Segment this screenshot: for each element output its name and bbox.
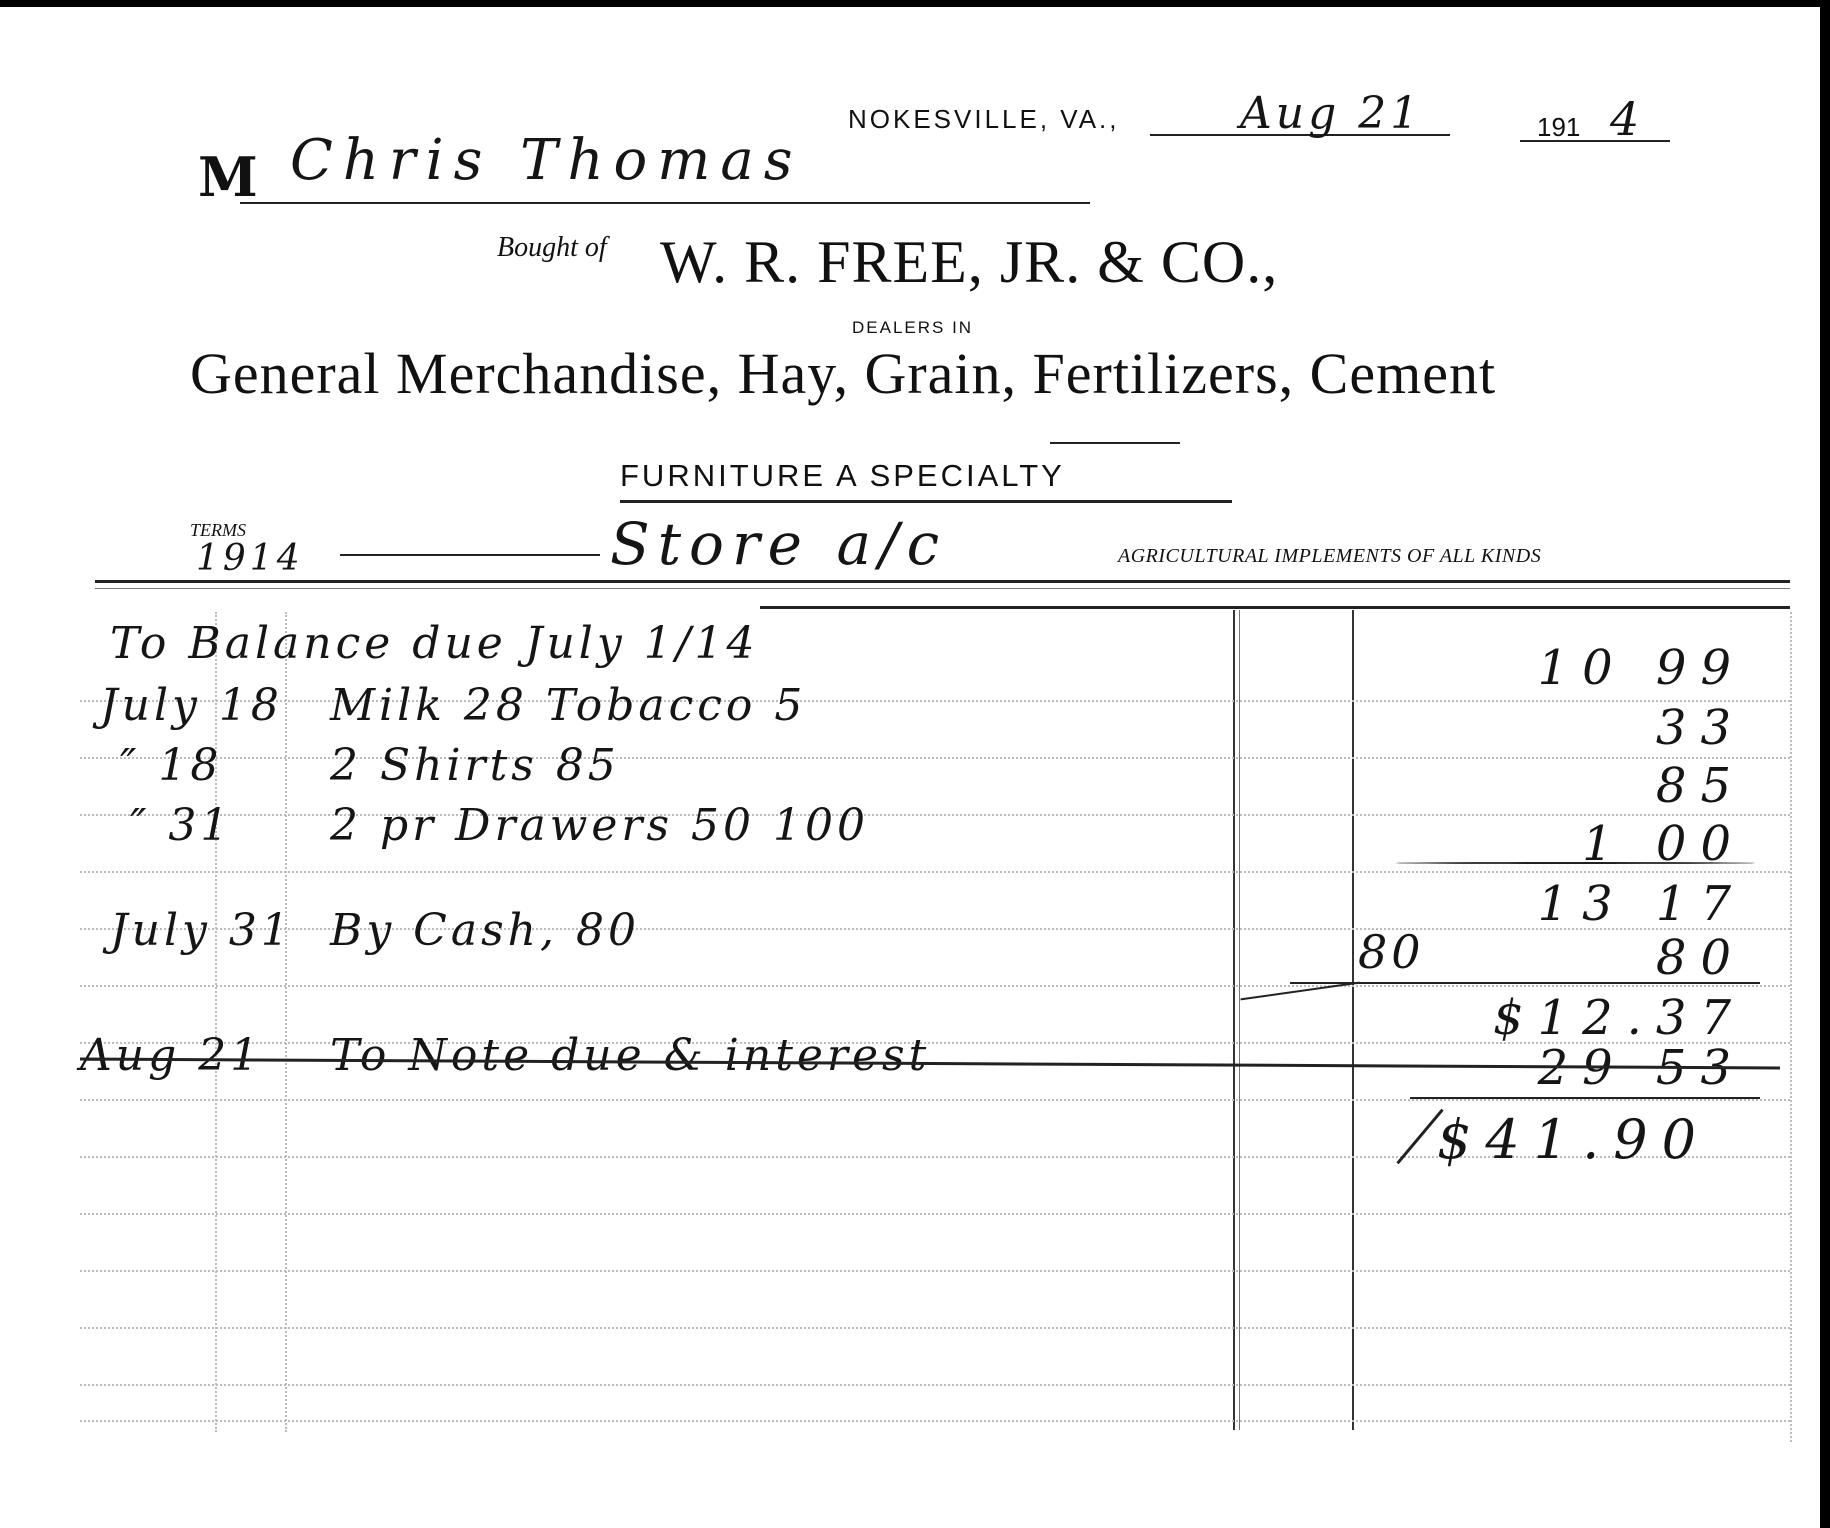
date-column-guide [215,612,217,1432]
row-amount: 85 [1415,758,1745,814]
ruled-line [80,1099,1790,1101]
year-underline [1520,140,1670,142]
column-divider-left [1233,610,1235,1430]
balance-amount: $12.37 [1415,990,1745,1046]
ledger-header-rule [95,580,1790,583]
year-printed-prefix: 191 [1537,112,1580,143]
row-date: ″ 31 [130,800,232,851]
row-amount: 80 [1415,930,1745,986]
specialty-line: FURNITURE A SPECIALTY [620,458,1065,494]
day-column-guide [285,612,287,1432]
terms-underline [340,554,600,556]
row-amount: 10 99 [1415,640,1745,696]
column-divider-left-inner [1239,610,1240,1430]
row-amount: 33 [1415,700,1745,756]
ruled-line [80,1420,1790,1422]
salutation-prefix: M [198,145,258,209]
location-label: NOKESVILLE, VA., [848,104,1120,135]
customer-name: Chris Thomas [290,128,803,193]
row-description: Milk 28 Tobacco 5 [330,680,806,731]
right-margin-guide [1790,612,1792,1442]
terms-year: 1914 [196,538,304,579]
goods-line: General Merchandise, Hay, Grain, Fertili… [190,340,1496,407]
ruled-line [80,1270,1790,1272]
ledger-header-rule-right [760,606,1790,609]
ruled-line [80,1213,1790,1215]
ruled-line [80,1384,1790,1386]
decorative-rule [1050,442,1180,444]
terms-value: Store a/c [610,510,947,578]
specialty-underline [620,500,1232,503]
customer-underline [240,202,1090,204]
row-description: 2 Shirts 85 [330,740,620,791]
scan-border-top [0,0,1830,7]
row-description: To Note due & interest [330,1030,930,1081]
agricultural-line: AGRICULTURAL IMPLEMENTS OF ALL KINDS [1118,545,1541,568]
row-date: July 31 [110,905,293,956]
firm-name: W. R. FREE, JR. & CO., [660,228,1278,297]
ledger-header-rule-thin [95,588,1790,589]
bought-of-label: Bought of [497,232,607,264]
column-divider-amount [1352,610,1354,1430]
row-date: ″ 18 [120,740,222,791]
row-date: Aug 21 [80,1030,262,1081]
row-amount: 1 00 [1415,816,1745,872]
total-amount: $41.90 [1380,1108,1710,1171]
row-description: By Cash, 80 [330,905,640,956]
year-handwritten-suffix: 4 [1610,92,1643,146]
subtotal-amount: 13 17 [1415,876,1745,932]
total-rule [1410,1097,1760,1099]
invoice-date: Aug 21 [1240,88,1422,139]
dealers-in-label: DEALERS IN [852,318,973,338]
row-description: To Balance due July 1/14 [110,618,759,669]
ruled-line [80,1327,1790,1329]
row-description: 2 pr Drawers 50 100 [330,800,869,851]
row-date: July 18 [100,680,283,731]
scan-border-right [1820,0,1830,1528]
